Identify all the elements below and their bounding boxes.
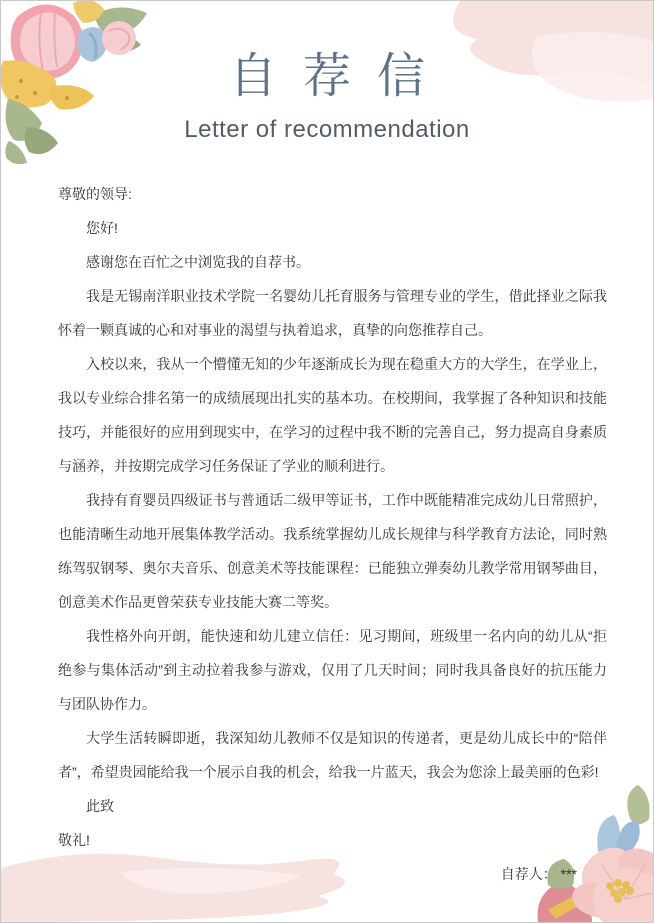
paragraph-greeting: 您好!	[58, 211, 607, 245]
letter-header: 自荐信 Letter of recommendation	[1, 1, 653, 144]
paragraph-closing-wish: 大学生活转瞬即逝，我深知幼儿教师不仅是知识的传递者，更是幼儿成长中的“陪伴者”，…	[58, 721, 607, 789]
closing-jingli: 敬礼!	[58, 823, 607, 857]
page-title: 自荐信	[1, 51, 653, 104]
salutation: 尊敬的领导:	[58, 177, 607, 211]
page-subtitle: Letter of recommendation	[1, 116, 653, 144]
paragraph-academics: 入校以来，我从一个懵懂无知的少年逐渐成长为现在稳重大方的大学生，在学业上， 我以…	[58, 347, 607, 483]
paragraph-thanks: 感谢您在百忙之中浏览我的自荐书。	[58, 245, 607, 279]
paragraph-personality: 我性格外向开朗，能快速和幼儿建立信任：见习期间，班级里一名内向的幼儿从“拒绝参与…	[58, 619, 607, 721]
paragraph-certificates: 我持有育婴员四级证书与普通话二级甲等证书，工作中既能精准完成幼儿日常照护，也能清…	[58, 483, 607, 619]
letter-body: 尊敬的领导: 您好! 感谢您在百忙之中浏览我的自荐书。 我是无锡南洋职业技术学院…	[58, 177, 607, 891]
closing-cizhi: 此致	[58, 789, 607, 823]
letter-page: 自荐信 Letter of recommendation 尊敬的领导: 您好! …	[0, 0, 654, 923]
signature-line: 自荐人： ***	[58, 857, 607, 891]
paragraph-intro: 我是无锡南洋职业技术学院一名婴幼儿托育服务与管理专业的学生，借此择业之际我怀着一…	[58, 279, 607, 347]
